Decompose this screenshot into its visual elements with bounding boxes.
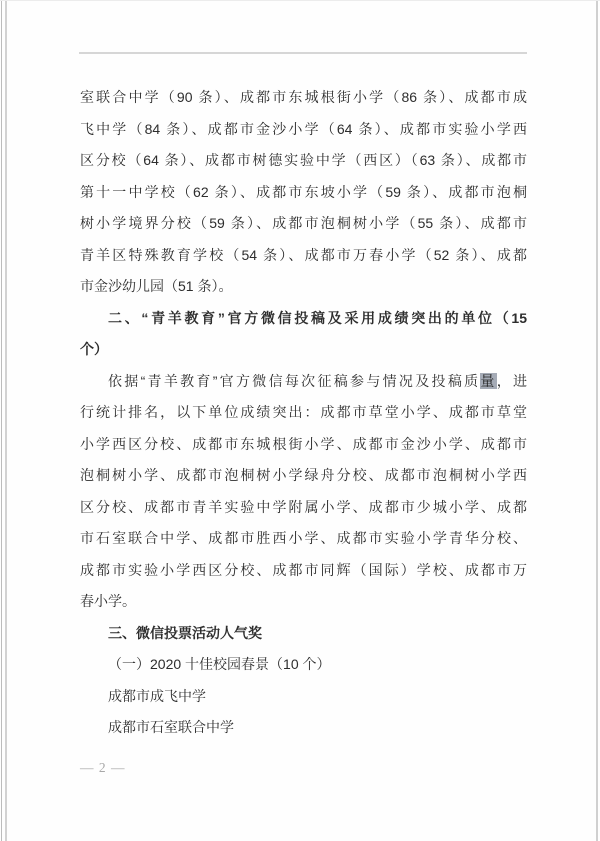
- line-text: 依据“青羊教育”官方微信每次征稿参与情况及投稿质: [108, 373, 480, 389]
- body-line: 区分校、成都市青羊实验中学附属小学、成都市少城小学、成都: [80, 492, 527, 524]
- section-2-heading-line: 二、“青羊教育”官方微信投稿及采用成绩突出的单位（15: [80, 303, 527, 335]
- section-2-heading-line: 个）: [80, 334, 527, 366]
- body-line: 泡桐树小学、成都市泡桐树小学绿舟分校、成都市泡桐树小学西: [80, 460, 527, 492]
- body-line: 区分校（64 条）、成都市树德实验中学（西区）（63 条）、成都市: [80, 145, 527, 177]
- body-line: 成都市实验小学西区分校、成都市同辉（国际）学校、成都市万: [80, 555, 527, 587]
- body-line: 小学西区分校、成都市东城根街小学、成都市金沙小学、成都市: [80, 429, 527, 461]
- body-line: 春小学。: [80, 586, 527, 618]
- document-body: 室联合中学（90 条）、成都市东城根街小学（86 条）、成都市成 飞中学（84 …: [80, 82, 527, 744]
- scan-edge-top: [0, 0, 600, 1]
- highlighted-char: 量: [480, 373, 496, 389]
- body-line: 依据“青羊教育”官方微信每次征稿参与情况及投稿质量，进: [80, 366, 527, 398]
- body-line: 飞中学（84 条）、成都市金沙小学（64 条）、成都市实验小学西: [80, 114, 527, 146]
- scan-edge-left-inner: [5, 0, 7, 841]
- page-number: — 2 —: [80, 760, 126, 776]
- line-text: ，进: [497, 373, 527, 389]
- body-line: 树小学境界分校（59 条）、成都市泡桐树小学（55 条）、成都市: [80, 208, 527, 240]
- scan-edge-right: [596, 0, 598, 841]
- header-rule: [79, 52, 527, 54]
- document-page: 室联合中学（90 条）、成都市东城根街小学（86 条）、成都市成 飞中学（84 …: [0, 0, 600, 841]
- school-name-line: 成都市石室联合中学: [80, 712, 527, 744]
- school-name-line: 成都市成飞中学: [80, 681, 527, 713]
- body-line: 青羊区特殊教育学校（54 条）、成都市万春小学（52 条）、成都: [80, 240, 527, 272]
- body-line: 市金沙幼儿园（51 条）。: [80, 271, 527, 303]
- section-3-heading: 三、微信投票活动人气奖: [80, 618, 527, 650]
- body-line: 第十一中学校（62 条）、成都市东坡小学（59 条）、成都市泡桐: [80, 177, 527, 209]
- scan-edge-left-outer: [1, 0, 2, 841]
- body-line: 市石室联合中学、成都市胜西小学、成都市实验小学青华分校、: [80, 523, 527, 555]
- subsection-1-line: （一）2020 十佳校园春景（10 个）: [80, 649, 527, 681]
- body-line: 行统计排名，以下单位成绩突出：成都市草堂小学、成都市草堂: [80, 397, 527, 429]
- body-line: 室联合中学（90 条）、成都市东城根街小学（86 条）、成都市成: [80, 82, 527, 114]
